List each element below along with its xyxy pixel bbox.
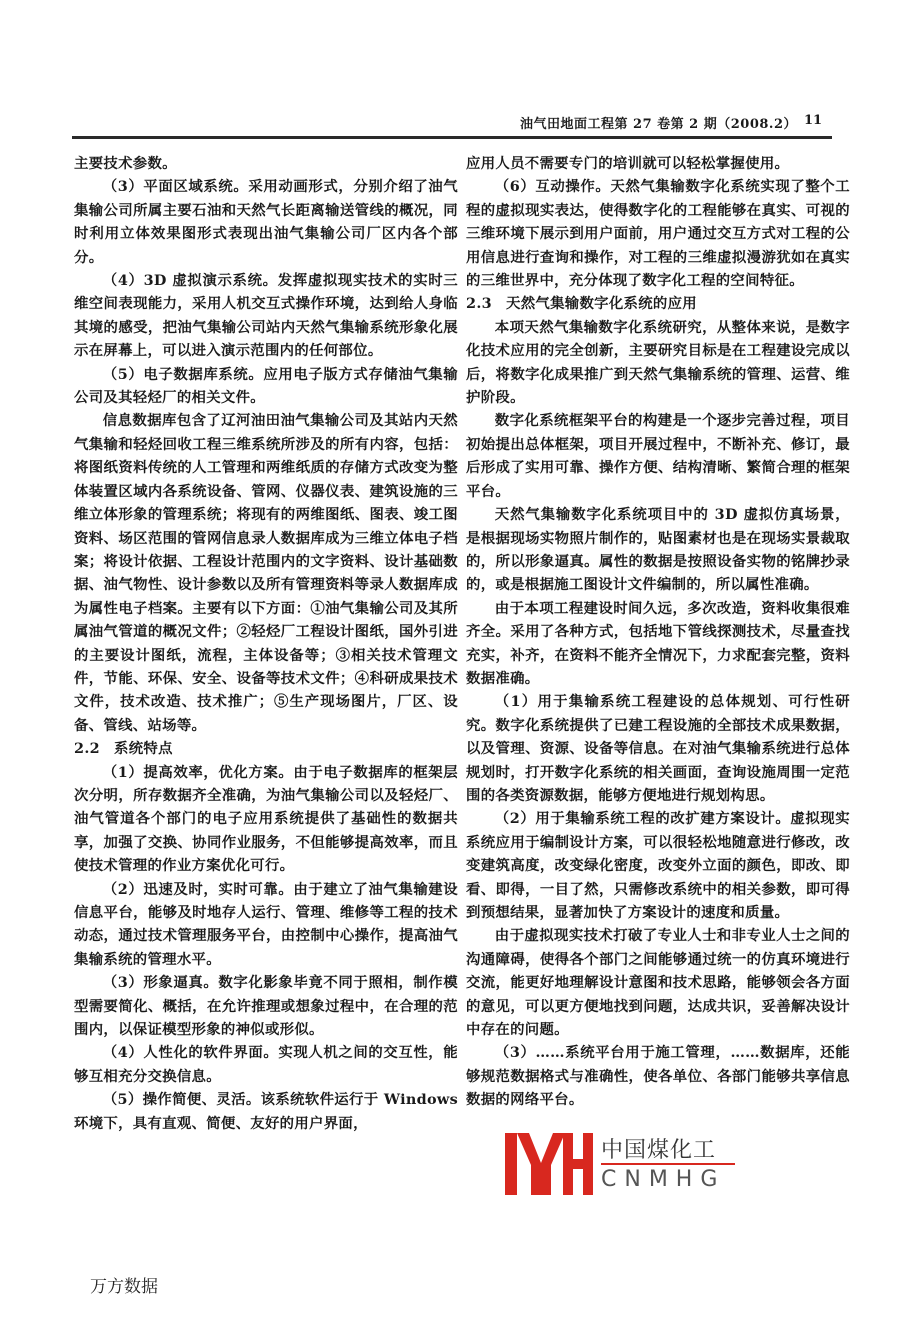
wanfang-watermark: 万方数据	[90, 1272, 158, 1297]
paragraph: （1）用于集输系统工程建设的总体规划、可行性研究。数字化系统提供了已建工程设施的…	[466, 690, 850, 807]
right-column: 应用人员不需要专门的培训就可以轻松掌握使用。 （6）互动操作。天然气集输数字化系…	[466, 152, 850, 1112]
section-number: 2.3	[466, 292, 506, 315]
section-heading-2-3: 2.3天然气集输数字化系统的应用	[466, 292, 850, 315]
paragraph: （1）提高效率，优化方案。由于电子数据库的框架层次分明，所存数据齐全准确，为油气…	[74, 761, 458, 878]
section-title: 天然气集输数字化系统的应用	[506, 295, 697, 312]
logo-divider	[601, 1163, 735, 1165]
paragraph: 本项天然气集输数字化系统研究，从整体来说，是数字化技术应用的完全创新，主要研究目…	[466, 316, 850, 410]
paragraph: 数字化系统框架平台的构建是一个逐步完善过程，项目初始提出总体框架，项目开展过程中…	[466, 409, 850, 503]
section-title: 系统特点	[114, 740, 173, 757]
paragraph: 主要技术参数。	[74, 152, 458, 175]
paragraph: （2）迅速及时，实时可靠。由于建立了油气集输建设信息平台，能够及时地存人运行、管…	[74, 878, 458, 972]
page-number: 11	[804, 113, 822, 128]
paragraph: （5）操作简便、灵活。该系统软件运行于 Windows 环境下，具有直观、简便、…	[74, 1088, 458, 1135]
cnmhg-logo-watermark: 中国煤化工 CNMHG	[505, 1133, 745, 1195]
cnmhg-logo-mark-icon	[505, 1133, 593, 1195]
paragraph: （5）电子数据库系统。应用电子版方式存储油气集输公司及其轻烃厂的相关文件。	[74, 363, 458, 410]
section-number: 2.2	[74, 737, 114, 760]
logo-english-text: CNMHG	[601, 1167, 725, 1192]
paragraph: （3）形象逼真。数字化影象毕竟不同于照相，制作模型需要简化、概括，在允许推理或想…	[74, 971, 458, 1041]
paragraph: 信息数据库包含了辽河油田油气集输公司及其站内天然气集输和轻烃回收工程三维系统所涉…	[74, 409, 458, 737]
running-head: 油气田地面工程第 27 卷第 2 期（2008.2）	[520, 113, 797, 132]
paragraph: （3）……系统平台用于施工管理，……数据库，还能够规范数据格式与准确性，使各单位…	[466, 1041, 850, 1111]
paragraph: 应用人员不需要专门的培训就可以轻松掌握使用。	[466, 152, 850, 175]
paragraph: （4）3D 虚拟演示系统。发挥虚拟现实技术的实时三维空间表现能力，采用人机交互式…	[74, 269, 458, 363]
paragraph: 天然气集输数字化系统项目中的 3D 虚拟仿真场景，是根据现场实物照片制作的，贴图…	[466, 503, 850, 597]
paragraph: 由于虚拟现实技术打破了专业人士和非专业人士之间的沟通障碍，使得各个部门之间能够通…	[466, 924, 850, 1041]
paragraph: （4）人性化的软件界面。实现人机之间的交互性，能够互相充分交换信息。	[74, 1041, 458, 1088]
paragraph: 由于本项工程建设时间久远，多次改造，资料收集很难齐全。采用了各种方式，包括地下管…	[466, 597, 850, 691]
paragraph: （6）互动操作。天然气集输数字化系统实现了整个工程的虚拟现实表达，使得数字化的工…	[466, 175, 850, 292]
section-heading-2-2: 2.2系统特点	[74, 737, 458, 760]
left-column: 主要技术参数。 （3）平面区域系统。采用动画形式，分别介绍了油气集输公司所属主要…	[74, 152, 458, 1135]
logo-chinese-text: 中国煤化工	[601, 1133, 716, 1164]
header-rule	[72, 136, 832, 139]
paragraph: （3）平面区域系统。采用动画形式，分别介绍了油气集输公司所属主要石油和天然气长距…	[74, 175, 458, 269]
paragraph: （2）用于集输系统工程的改扩建方案设计。虚拟现实系统应用于编制设计方案，可以很轻…	[466, 807, 850, 924]
